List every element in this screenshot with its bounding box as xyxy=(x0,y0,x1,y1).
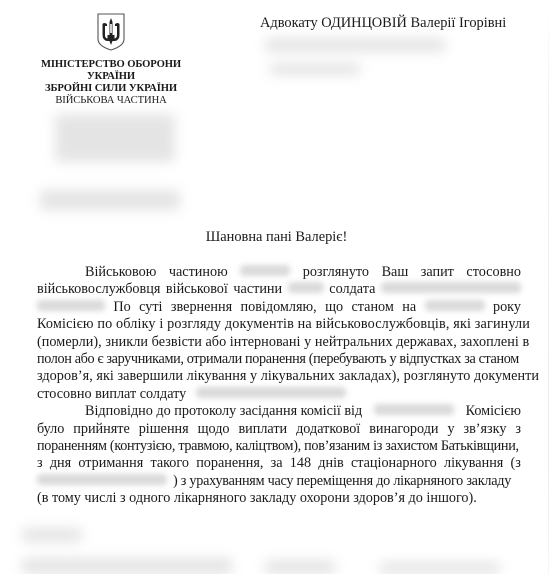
body-line: Комісією по обліку і розгляду документів… xyxy=(37,316,521,333)
line-text: ) з урахуванням часу переміщення до ліка… xyxy=(173,473,511,490)
word: за xyxy=(271,455,283,472)
redacted-soldier-name xyxy=(196,387,346,398)
word: Військовою xyxy=(85,264,156,281)
org-header: МІНІСТЕРСТВО ОБОРОНИ УКРАЇНИ ЗБРОЙНІ СИЛ… xyxy=(30,13,192,107)
word: 148 xyxy=(290,455,311,472)
word: днів xyxy=(318,455,343,472)
word: Ваш xyxy=(382,264,409,281)
redacted-treatment-dates xyxy=(37,474,167,485)
redacted-unit-details xyxy=(55,114,175,162)
body-line: пораненням (контузією, травмою, каліцтво… xyxy=(37,438,521,455)
addressee: Адвокату ОДИНЦОВІЙ Валерії Ігорівні xyxy=(260,15,506,32)
redacted-signer-name xyxy=(380,562,500,574)
body-line: (померли), зникли безвісти або інтернова… xyxy=(37,334,521,351)
word: частиною xyxy=(169,264,228,281)
salutation: Шановна пані Валеріє! xyxy=(0,229,553,246)
word: дня xyxy=(50,455,71,472)
word: суті xyxy=(139,299,162,316)
word: прийняте xyxy=(73,421,130,438)
redacted-signature xyxy=(265,560,335,574)
body-line: здоров’я, які завершили лікування у ліку… xyxy=(37,368,521,385)
word: на xyxy=(402,299,416,316)
body-line: військовослужбовця військової частини со… xyxy=(37,281,521,298)
word: у xyxy=(447,421,454,438)
word: додаткової xyxy=(296,421,360,438)
line-text: полон або є заручниками, отримали поране… xyxy=(37,351,519,368)
word: стосовно xyxy=(466,264,521,281)
body-line: з дня отримання такого поранення, за 148… xyxy=(37,455,521,472)
letter-body: Військовою частиною розглянуто Ваш запит… xyxy=(37,264,521,507)
body-line: Відповідно до протоколу засідання комісі… xyxy=(37,403,521,420)
redacted-signature-title xyxy=(22,528,82,542)
word: було xyxy=(37,421,64,438)
body-line: По суті звернення повідомляю, що станом … xyxy=(37,299,521,316)
redacted-protocol-date xyxy=(374,404,453,415)
line-text: Відповідно до протоколу засідання комісі… xyxy=(85,403,362,420)
word: зв’язку xyxy=(464,421,507,438)
body-line: Військовою частиною розглянуто Ваш запит… xyxy=(37,264,521,281)
redacted-addressee-address xyxy=(265,38,445,52)
body-line: (в тому числі з одного лікарняного закла… xyxy=(37,490,521,507)
word: що xyxy=(325,299,343,316)
word: розглянуто xyxy=(303,264,369,281)
redacted-soldier-name xyxy=(381,282,521,293)
word: винагороди xyxy=(369,421,438,438)
redacted-outgoing-number xyxy=(40,190,180,210)
line-text: здоров’я, які завершили лікування у ліку… xyxy=(37,368,539,385)
word: лікування xyxy=(444,455,503,472)
word: частини xyxy=(233,281,282,298)
org-line-country: УКРАЇНИ xyxy=(30,71,192,83)
org-line-armed-forces: ЗБРОЙНІ СИЛИ УКРАЇНИ xyxy=(30,83,192,95)
word: солдата xyxy=(329,281,375,298)
line-text: (померли), зникли безвісти або інтернова… xyxy=(37,334,529,351)
line-text: Комісією по обліку і розгляду документів… xyxy=(37,316,530,333)
word: військовослужбовця xyxy=(37,281,160,298)
word: щодо xyxy=(198,421,230,438)
page-edge xyxy=(548,0,549,574)
word: рішення xyxy=(139,421,189,438)
line-text: пораненням (контузією, травмою, каліцтво… xyxy=(37,438,519,455)
word: такого xyxy=(150,455,189,472)
word: повідомляю, xyxy=(241,299,317,316)
word: стаціонарного xyxy=(351,455,437,472)
word: станом xyxy=(352,299,394,316)
word: запит xyxy=(421,264,454,281)
word: виплати xyxy=(238,421,287,438)
body-line: стосовно виплат солдату xyxy=(37,386,521,403)
word: (з xyxy=(511,455,521,472)
redacted-soldier-name-cont xyxy=(37,300,105,311)
word: з xyxy=(515,421,521,438)
redacted-addressee-address-2 xyxy=(270,63,360,75)
word: поранення, xyxy=(196,455,263,472)
coat-of-arms-icon xyxy=(96,13,126,51)
redacted-date xyxy=(425,300,485,311)
word: звернення xyxy=(171,299,232,316)
redacted-unit-number xyxy=(240,265,290,276)
word: отримання xyxy=(78,455,143,472)
line-text: стосовно виплат солдату xyxy=(37,386,186,403)
redacted-unit-number xyxy=(288,282,324,293)
word: Комісією xyxy=(466,403,521,420)
word: По xyxy=(113,299,130,316)
body-line: ) з урахуванням часу переміщення до ліка… xyxy=(37,473,521,490)
word: військової xyxy=(166,281,228,298)
org-line-ministry: МІНІСТЕРСТВО ОБОРОНИ xyxy=(30,59,192,71)
line-text: (в тому числі з одного лікарняного закла… xyxy=(37,490,477,507)
org-line-military-unit: ВІЙСЬКОВА ЧАСТИНА xyxy=(30,95,192,107)
redacted-signature-line xyxy=(22,558,232,574)
body-line: полон або є заручниками, отримали поране… xyxy=(37,351,521,368)
word: з xyxy=(37,455,43,472)
word: року xyxy=(493,299,521,316)
body-line: було прийняте рішення щодо виплати додат… xyxy=(37,421,521,438)
